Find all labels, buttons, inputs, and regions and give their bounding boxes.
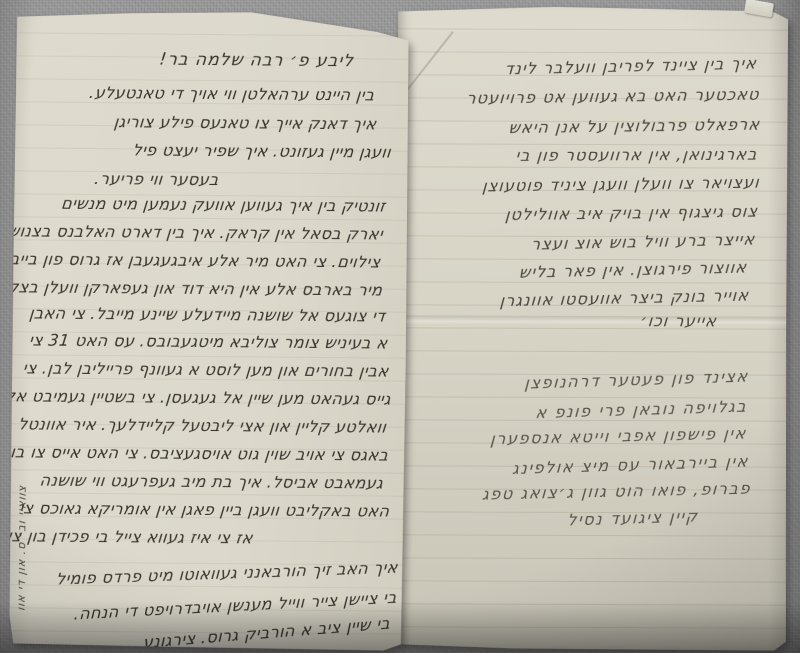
handwritten-line: פברופ, פואו הוט גוון ג׳צואג טפג <box>481 481 751 503</box>
handwritten-line: וואלטע קליין און אצי ליבטעל קליידלעך. אי… <box>17 416 387 435</box>
handwritten-line: אין ביירבאור עס מיצ אולפינג <box>512 454 750 477</box>
handwritten-line: בארגינואן, אין ארוועסטר פון בי <box>515 147 759 164</box>
handwritten-line: אוייר בונק ביצר אוועסטו אוונגרן <box>499 288 750 310</box>
handwritten-line: האט באקליבט וועגן ביין פאגן אין אומריקא … <box>19 500 391 519</box>
handwritten-line: אין פישפון אפבי וייטא אנספערן <box>490 426 748 448</box>
handwritten-line: בין היינט ערהאלטן ווי אויך די טאנטעלע. <box>88 85 375 103</box>
handwritten-line: בעסער ווי פריער. <box>93 171 219 188</box>
left-page-paper: ליבע פ׳ רבה שלמה בר! בין היינט ערהאלטן ו… <box>9 10 409 650</box>
handwritten-line: בגלויפה נובאן פרי פונפ א <box>535 399 748 422</box>
right-page-paper: איך בין ציינד לפריבן וועלבר לינד טאכטער … <box>396 6 788 650</box>
handwritten-line: זונטיק בין איך געווען אוועק נעמען מיט מנ… <box>60 196 386 215</box>
handwritten-line: בי שיין ציב א הורביק גרוס. צירגונע <box>143 616 391 651</box>
horizontal-fold-crease <box>397 315 787 325</box>
handwritten-line: יארק בסאל אין קראק. איך בין דארט האלבנס … <box>7 223 384 242</box>
right-page-second-block: אצינד פון פעטער דרהנופצן בגלויפה נובאן פ… <box>398 6 788 7</box>
handwritten-line: באגס צי אויב שוין גוט אויסגעציבס. צי האט… <box>0 444 389 464</box>
handwritten-line: מיר בארבס אלע אין היא דוד און געפארקן וו… <box>1 279 384 298</box>
signature-line: אייער וכו׳ <box>640 313 719 329</box>
handwritten-line: אצינד פון פעטער דרהנופצן <box>524 369 749 392</box>
letter-photo: איך בין ציינד לפריבן וועלבר לינד טאכטער … <box>0 0 800 653</box>
handwritten-line: איך דאנק אייך צו טאנעס פילע צוריגן <box>113 114 377 132</box>
handwritten-line: געמאבט אביסל. איך בת מיב געפרעגט ווי שוש… <box>39 473 384 492</box>
handwritten-line: איך האב זיך הורבאנני געוואוטו מיט פרדס פ… <box>55 560 398 588</box>
handwritten-line: צילוים. צי האט מיר אלע איבגעגעבן אז גרוס… <box>0 251 382 270</box>
handwritten-line: אז צי איז געווא צייל בי פכידן בון צים. <box>0 528 253 546</box>
right-page: איך בין ציינד לפריבן וועלבר לינד טאכטער … <box>396 6 788 650</box>
handwritten-line: וועגן מיין געזונט. איך שפיר יעצט פיל <box>132 142 392 160</box>
salutation-line: ליבע פ׳ רבה שלמה בר! <box>158 52 354 71</box>
handwritten-line: ועצויאר צו וועלן וועגן ציניד פוטעוצן <box>482 175 761 195</box>
handwritten-line: צוס גיצגוף אין בויק איב אוולילטן <box>504 204 758 224</box>
left-page: ליבע פ׳ רבה שלמה בר! בין היינט ערהאלטן ו… <box>9 10 409 650</box>
margin-note-vertical: צוואיי וב׳ ס. און די אוו <box>16 484 28 611</box>
handwritten-line: איך בין ציינד לפריבן וועלבר לינד <box>504 56 758 78</box>
handwritten-line: אייצר ברע וויל בוש אוצ ועצר <box>531 232 756 253</box>
handwritten-line: גייס געהאט מען שיין אל געגעסן. צי בשטיין… <box>0 388 391 408</box>
handwritten-line: א בעיניש צומר צוליבא מיטגעבובס. עס האט 1… <box>28 332 388 351</box>
handwritten-line: קיין ציגועד נסיל <box>567 508 699 528</box>
handwritten-line: ארפאלט פרבולוצין על אנן היאש <box>508 117 761 136</box>
handwritten-line: אבין בחורים און מען לוסט א געוונף פריילי… <box>22 360 390 379</box>
handwritten-line: די צוגעס אל שושנה מיידעלע שיינע מייבל. צ… <box>28 305 386 324</box>
handwritten-line: טאכטער האט בא געווען אט פרויועטר <box>466 87 761 107</box>
handwritten-line: אווצור פירגוצן. אין פאר בליש <box>519 260 748 281</box>
